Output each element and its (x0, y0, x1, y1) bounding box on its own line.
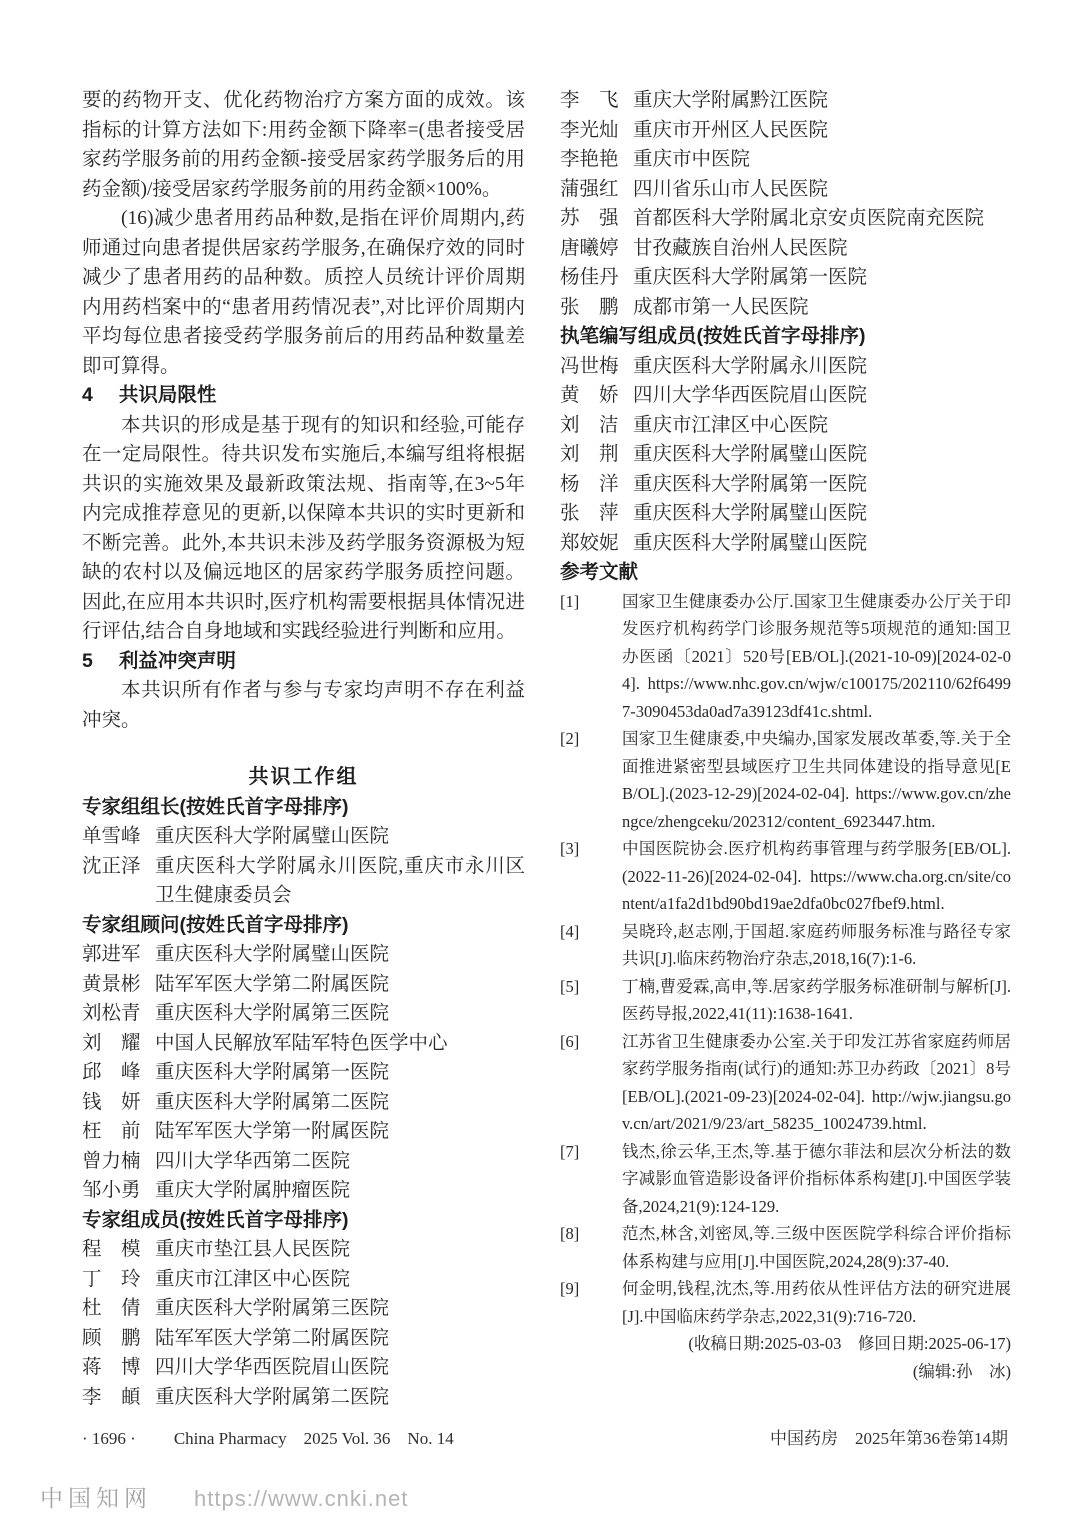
editor-credit: (编辑:孙 冰) (560, 1358, 1011, 1386)
members-list: 程 模 重庆市垫江县人民医院 丁 玲 重庆市江津区中心医院 杜 倩 重庆医科大学… (82, 1235, 525, 1412)
writing-group-list: 冯世梅 重庆医科大学附属永川医院 黄 娇 四川大学华西医院眉山医院 刘 洁 重庆… (560, 352, 1011, 559)
member-affiliation: 重庆医科大学附属第一医院 (633, 470, 1011, 500)
member-affiliation: 重庆大学附属肿瘤医院 (155, 1176, 525, 1206)
member-affiliation: 重庆医科大学附属第二医院 (155, 1383, 525, 1413)
member-affiliation: 重庆医科大学附属璧山医院 (633, 499, 1011, 529)
member-affiliation: 四川省乐山市人民医院 (633, 175, 1011, 205)
member-name: 蒋 博 (82, 1353, 141, 1383)
member-row: 邹小勇 重庆大学附属肿瘤医院 (82, 1176, 525, 1206)
reference-label: [2] (560, 725, 602, 835)
advisors-list: 郭进军 重庆医科大学附属璧山医院 黄景彬 陆军军医大学第二附属医院 刘松青 重庆… (82, 940, 525, 1206)
member-row: 李艳艳 重庆市中医院 (560, 145, 1011, 175)
reference-item: [7] 钱杰,徐云华,王杰,等.基于德尔菲法和层次分析法的数字减影血管造影设备评… (560, 1138, 1011, 1221)
member-affiliation: 重庆市中医院 (633, 145, 1011, 175)
member-name: 黄 娇 (560, 381, 619, 411)
member-name: 郭进军 (82, 940, 141, 970)
member-name: 丁 玲 (82, 1265, 141, 1295)
section-4-title: 共识局限性 (119, 384, 217, 406)
advisors-heading: 专家组顾问(按姓氏首字母排序) (82, 911, 525, 941)
member-row: 刘 洁 重庆市江津区中心医院 (560, 411, 1011, 441)
reference-item: [4] 吴晓玲,赵志刚,于国超.家庭药师服务标准与路径专家共识[J].临床药物治… (560, 918, 1011, 973)
writing-group-heading: 执笔编写组成员(按姓氏首字母排序) (560, 322, 1011, 352)
page-number: · 1696 · (82, 1428, 136, 1450)
member-name: 刘松青 (82, 999, 141, 1029)
reference-label: [3] (560, 835, 602, 918)
member-row: 杜 倩 重庆医科大学附属第三医院 (82, 1294, 525, 1324)
reference-text: 江苏省卫生健康委办公室.关于印发江苏省家庭药师居家药学服务指南(试行)的通知:苏… (622, 1028, 1011, 1138)
member-affiliation: 重庆市垫江县人民医院 (155, 1235, 525, 1265)
reference-text: 国家卫生健康委办公厅.国家卫生健康委办公厅关于印发医疗机构药学门诊服务规范等5项… (622, 588, 1011, 726)
reference-item: [1] 国家卫生健康委办公厅.国家卫生健康委办公厅关于印发医疗机构药学门诊服务规… (560, 588, 1011, 726)
member-affiliation: 四川大学华西医院眉山医院 (633, 381, 1011, 411)
member-name: 唐曦婷 (560, 234, 619, 264)
member-row: 刘松青 重庆医科大学附属第三医院 (82, 999, 525, 1029)
member-affiliation: 重庆医科大学附属永川医院 (633, 352, 1011, 382)
member-name: 杜 倩 (82, 1294, 141, 1324)
member-name: 单雪峰 (82, 822, 141, 852)
references-list: [1] 国家卫生健康委办公厅.国家卫生健康委办公厅关于印发医疗机构药学门诊服务规… (560, 588, 1011, 1331)
section-4-number: 4 (82, 384, 93, 406)
members-list-continued: 李 飞 重庆大学附属黔江医院 李光灿 重庆市开州区人民医院 李艳艳 重庆市中医院 (560, 86, 1011, 322)
member-name: 钱 妍 (82, 1088, 141, 1118)
reference-text: 国家卫生健康委,中央编办,国家发展改革委,等.关于全面推进紧密型县域医疗卫生共同… (622, 725, 1011, 835)
paragraph-continuation: 要的药物开支、优化药物治疗方案方面的成效。该指标的计算方法如下:用药金额下降率=… (82, 86, 525, 204)
member-row: 钱 妍 重庆医科大学附属第二医院 (82, 1088, 525, 1118)
member-row: 蒲强红 四川省乐山市人民医院 (560, 175, 1011, 205)
member-affiliation: 重庆市开州区人民医院 (633, 116, 1011, 146)
member-name: 顾 鹏 (82, 1324, 141, 1354)
two-column-layout: 要的药物开支、优化药物治疗方案方面的成效。该指标的计算方法如下:用药金额下降率=… (82, 86, 1011, 1412)
references-heading: 参考文献 (560, 558, 1011, 588)
member-row: 杨 洋 重庆医科大学附属第一医院 (560, 470, 1011, 500)
member-name: 李艳艳 (560, 145, 619, 175)
cnki-logo-text: 中国知网 (40, 1480, 152, 1513)
right-column: 李 飞 重庆大学附属黔江医院 李光灿 重庆市开州区人民医院 李艳艳 重庆市中医院 (560, 86, 1011, 1412)
member-row: 曾力楠 四川大学华西第二医院 (82, 1147, 525, 1177)
member-affiliation: 重庆医科大学附属第三医院 (155, 999, 525, 1029)
section-5-body: 本共识所有作者与参与专家均声明不存在利益冲突。 (82, 676, 525, 735)
reference-text: 中国医院协会.医疗机构药事管理与药学服务[EB/OL].(2022-11-26)… (622, 835, 1011, 918)
member-name: 程 模 (82, 1235, 141, 1265)
member-name: 杨佳丹 (560, 263, 619, 293)
member-row: 刘 荆 重庆医科大学附属璧山医院 (560, 440, 1011, 470)
reference-item: [2] 国家卫生健康委,中央编办,国家发展改革委,等.关于全面推进紧密型县域医疗… (560, 725, 1011, 835)
member-name: 苏 强 (560, 204, 619, 234)
member-row: 邱 峰 重庆医科大学附属第一医院 (82, 1058, 525, 1088)
member-row: 程 模 重庆市垫江县人民医院 (82, 1235, 525, 1265)
member-affiliation: 四川大学华西第二医院 (155, 1147, 525, 1177)
member-row: 单雪峰 重庆医科大学附属璧山医院 (82, 822, 525, 852)
member-row: 郑姣妮 重庆医科大学附属璧山医院 (560, 529, 1011, 559)
reference-item: [8] 范杰,林含,刘密凤,等.三级中医医院学科综合评价指标体系构建与应用[J]… (560, 1220, 1011, 1275)
reference-item: [5] 丁楠,曹爱霖,高申,等.居家药学服务标准研制与解析[J].医药导报,20… (560, 973, 1011, 1028)
reference-item: [6] 江苏省卫生健康委办公室.关于印发江苏省家庭药师居家药学服务指南(试行)的… (560, 1028, 1011, 1138)
reference-label: [8] (560, 1220, 602, 1275)
member-name: 杨 洋 (560, 470, 619, 500)
section-5-number: 5 (82, 650, 93, 672)
member-row: 顾 鹏 陆军军医大学第二附属医院 (82, 1324, 525, 1354)
cnki-url: https://www.cnki.net (194, 1486, 408, 1512)
left-column: 要的药物开支、优化药物治疗方案方面的成效。该指标的计算方法如下:用药金额下降率=… (82, 86, 525, 1412)
member-row: 丁 玲 重庆市江津区中心医院 (82, 1265, 525, 1295)
member-row: 杨佳丹 重庆医科大学附属第一医院 (560, 263, 1011, 293)
reference-text: 吴晓玲,赵志刚,于国超.家庭药师服务标准与路径专家共识[J].临床药物治疗杂志,… (622, 918, 1011, 973)
section-4-body: 本共识的形成是基于现有的知识和经验,可能存在一定局限性。待共识发布实施后,本编写… (82, 411, 525, 647)
member-name: 邱 峰 (82, 1058, 141, 1088)
reference-label: [1] (560, 588, 602, 726)
reference-label: [6] (560, 1028, 602, 1138)
member-affiliation: 重庆医科大学附属璧山医院 (633, 529, 1011, 559)
member-name: 张 鹏 (560, 293, 619, 323)
member-affiliation: 甘孜藏族自治州人民医院 (633, 234, 1011, 264)
member-affiliation: 中国人民解放军陆军特色医学中心 (155, 1029, 525, 1059)
member-affiliation: 重庆医科大学附属第一医院 (633, 263, 1011, 293)
section-5-title: 利益冲突声明 (119, 650, 236, 672)
member-row: 刘 耀 中国人民解放军陆军特色医学中心 (82, 1029, 525, 1059)
journal-name-english: China Pharmacy 2025 Vol. 36 No. 14 (174, 1428, 454, 1450)
section-4-heading: 4共识局限性 (82, 381, 525, 411)
footer-left: · 1696 · China Pharmacy 2025 Vol. 36 No.… (82, 1428, 454, 1450)
member-row: 苏 强 首都医科大学附属北京安贞医院南充医院 (560, 204, 1011, 234)
chairs-heading: 专家组组长(按姓氏首字母排序) (82, 793, 525, 823)
member-affiliation: 四川大学华西医院眉山医院 (155, 1353, 525, 1383)
member-name: 张 萍 (560, 499, 619, 529)
reference-text: 丁楠,曹爱霖,高申,等.居家药学服务标准研制与解析[J].医药导报,2022,4… (622, 973, 1011, 1028)
reference-label: [7] (560, 1138, 602, 1221)
member-row: 黄景彬 陆军军医大学第二附属医院 (82, 970, 525, 1000)
member-affiliation: 陆军军医大学第二附属医院 (155, 970, 525, 1000)
member-affiliation: 重庆市江津区中心医院 (155, 1265, 525, 1295)
member-name: 黄景彬 (82, 970, 141, 1000)
paragraph-item-16: (16)减少患者用药品种数,是指在评价周期内,药师通过向患者提供居家药学服务,在… (82, 204, 525, 381)
received-revised-dates: (收稿日期:2025-03-03 修回日期:2025-06-17) (560, 1330, 1011, 1358)
member-row: 张 鹏 成都市第一人民医院 (560, 293, 1011, 323)
reference-label: [4] (560, 918, 602, 973)
member-affiliation: 重庆医科大学附属第三医院 (155, 1294, 525, 1324)
member-affiliation: 陆军军医大学第一附属医院 (155, 1117, 525, 1147)
reference-item: [9] 何金明,钱程,沈杰,等.用药依从性评估方法的研究进展[J].中国临床药学… (560, 1275, 1011, 1330)
member-name: 刘 耀 (82, 1029, 141, 1059)
member-name: 刘 洁 (560, 411, 619, 441)
member-affiliation: 重庆医科大学附属永川医院,重庆市永川区卫生健康委员会 (155, 852, 525, 911)
member-name: 李 頔 (82, 1383, 141, 1413)
member-name: 刘 荆 (560, 440, 619, 470)
paper-page: 要的药物开支、优化药物治疗方案方面的成效。该指标的计算方法如下:用药金额下降率=… (0, 0, 1080, 1536)
member-affiliation: 重庆大学附属黔江医院 (633, 86, 1011, 116)
reference-label: [9] (560, 1275, 602, 1330)
member-name: 曾力楠 (82, 1147, 141, 1177)
member-affiliation: 首都医科大学附属北京安贞医院南充医院 (633, 204, 1011, 234)
member-row: 枉 前 陆军军医大学第一附属医院 (82, 1117, 525, 1147)
reference-label: [5] (560, 973, 602, 1028)
cnki-watermark: 中国知网 https://www.cnki.net (40, 1480, 408, 1513)
reference-text: 钱杰,徐云华,王杰,等.基于德尔菲法和层次分析法的数字减影血管造影设备评价指标体… (622, 1138, 1011, 1221)
member-row: 蒋 博 四川大学华西医院眉山医院 (82, 1353, 525, 1383)
member-name: 枉 前 (82, 1117, 141, 1147)
section-5-heading: 5利益冲突声明 (82, 647, 525, 677)
member-row: 郭进军 重庆医科大学附属璧山医院 (82, 940, 525, 970)
member-row: 张 萍 重庆医科大学附属璧山医院 (560, 499, 1011, 529)
member-row: 唐曦婷 甘孜藏族自治州人民医院 (560, 234, 1011, 264)
workgroup-title: 共识工作组 (82, 763, 525, 793)
member-name: 邹小勇 (82, 1176, 141, 1206)
reference-text: 范杰,林含,刘密凤,等.三级中医医院学科综合评价指标体系构建与应用[J].中国医… (622, 1220, 1011, 1275)
member-row: 李 飞 重庆大学附属黔江医院 (560, 86, 1011, 116)
member-affiliation: 重庆医科大学附属第二医院 (155, 1088, 525, 1118)
member-name: 蒲强红 (560, 175, 619, 205)
chairs-list: 单雪峰 重庆医科大学附属璧山医院 沈正泽 重庆医科大学附属永川医院,重庆市永川区… (82, 822, 525, 911)
member-row: 李 頔 重庆医科大学附属第二医院 (82, 1383, 525, 1413)
member-name: 李 飞 (560, 86, 619, 116)
member-name: 李光灿 (560, 116, 619, 146)
member-name: 沈正泽 (82, 852, 141, 911)
reference-item: [3] 中国医院协会.医疗机构药事管理与药学服务[EB/OL].(2022-11… (560, 835, 1011, 918)
journal-name-chinese: 中国药房 2025年第36卷第14期 (770, 1428, 1008, 1450)
member-row: 冯世梅 重庆医科大学附属永川医院 (560, 352, 1011, 382)
member-name: 冯世梅 (560, 352, 619, 382)
member-affiliation: 成都市第一人民医院 (633, 293, 1011, 323)
members-heading: 专家组成员(按姓氏首字母排序) (82, 1206, 525, 1236)
page-footer: · 1696 · China Pharmacy 2025 Vol. 36 No.… (82, 1428, 1008, 1450)
member-affiliation: 陆军军医大学第二附属医院 (155, 1324, 525, 1354)
member-affiliation: 重庆医科大学附属璧山医院 (155, 940, 525, 970)
member-affiliation: 重庆医科大学附属第一医院 (155, 1058, 525, 1088)
member-affiliation: 重庆市江津区中心医院 (633, 411, 1011, 441)
member-row: 黄 娇 四川大学华西医院眉山医院 (560, 381, 1011, 411)
reference-text: 何金明,钱程,沈杰,等.用药依从性评估方法的研究进展[J].中国临床药学杂志,2… (622, 1275, 1011, 1330)
member-row: 沈正泽 重庆医科大学附属永川医院,重庆市永川区卫生健康委员会 (82, 852, 525, 911)
member-affiliation: 重庆医科大学附属璧山医院 (633, 440, 1011, 470)
member-affiliation: 重庆医科大学附属璧山医院 (155, 822, 525, 852)
member-name: 郑姣妮 (560, 529, 619, 559)
member-row: 李光灿 重庆市开州区人民医院 (560, 116, 1011, 146)
